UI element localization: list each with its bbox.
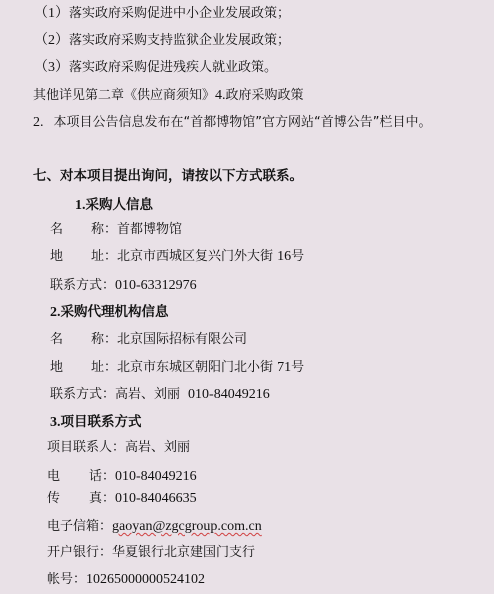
project-phone: 010-84049216 <box>115 469 197 484</box>
project-email-row: 电子信箱：gaoyan@zgcgroup.com.cn <box>47 519 262 535</box>
heading-text: 项目联系方式 <box>61 414 142 430</box>
field-label: 址： <box>91 360 117 376</box>
field-label: 帐号： <box>47 572 86 588</box>
section-7-title: 七、对本项目提出询问，请按以下方式联系。 <box>33 168 303 184</box>
policy-item-2: （2）落实政府采购支持监狱企业发展政策； <box>34 33 290 49</box>
address-suffix: 号 <box>291 360 304 375</box>
project-account: 10265000000524102 <box>86 572 205 587</box>
policy-item-marker: （1） <box>34 6 69 21</box>
project-fax: 010-84046635 <box>115 491 197 506</box>
policy-item-marker: （2） <box>34 33 69 48</box>
purchaser-heading: 1.采购人信息 <box>75 197 153 213</box>
note-prefix: 其他详见第二章《供应商须知》 <box>33 88 215 103</box>
field-label: 称： <box>91 332 117 348</box>
policy-item-text: 落实政府采购支持监狱企业发展政策； <box>69 33 290 48</box>
agency-address: 北京市东城区朝阳门北小街 <box>117 360 277 375</box>
purchaser-address: 北京市西城区复兴门外大街 <box>117 249 277 264</box>
project-contact-person: 高岩、刘丽 <box>125 440 190 455</box>
field-label: 话： <box>89 469 115 485</box>
field-label: 称： <box>91 222 117 238</box>
address-number: 71 <box>277 360 291 375</box>
project-contact-person-row: 项目联系人：高岩、刘丽 <box>47 440 190 456</box>
field-label: 项目联系人： <box>47 440 125 456</box>
heading-text: 采购代理机构信息 <box>61 304 169 320</box>
other-policy-note: 其他详见第二章《供应商须知》4.政府采购政策 <box>33 88 304 104</box>
purchaser-address-row: 地址：北京市西城区复兴门外大街 16号 <box>50 249 304 265</box>
heading-text: 采购人信息 <box>86 197 154 213</box>
project-bank: 华夏银行北京建国门支行 <box>112 545 255 560</box>
policy-item-text: 落实政府采购促进中小企业发展政策； <box>69 6 290 21</box>
field-label: 名 <box>50 332 91 348</box>
item-number: 2. <box>33 115 44 130</box>
field-label: 址： <box>91 249 117 265</box>
note-ref-num: 4. <box>215 88 226 103</box>
field-label: 联系方式： <box>50 278 115 294</box>
purchaser-phone: 010-63312976 <box>115 278 197 293</box>
agency-phone: 010-84049216 <box>188 387 270 402</box>
project-bank-row: 开户银行：华夏银行北京建国门支行 <box>47 545 255 561</box>
purchaser-name-row: 名称：首都博物馆 <box>50 222 182 238</box>
purchaser-name: 首都博物馆 <box>117 222 182 237</box>
field-label: 开户银行： <box>47 545 112 561</box>
project-fax-row: 传真：010-84046635 <box>47 491 197 507</box>
agency-heading: 2.采购代理机构信息 <box>50 304 169 320</box>
field-label: 联系方式： <box>50 387 115 403</box>
agency-address-row: 地址：北京市东城区朝阳门北小街 71号 <box>50 360 304 376</box>
announcement-text: 本项目公告信息发布在“首都博物馆”官方网站“首博公告”栏目中。 <box>54 115 432 130</box>
address-suffix: 号 <box>291 249 304 264</box>
agency-contact-row: 联系方式：高岩、刘丽010-84049216 <box>50 387 270 403</box>
address-number: 16 <box>277 249 291 264</box>
field-label: 真： <box>89 491 115 507</box>
purchaser-contact-row: 联系方式：010-63312976 <box>50 278 197 294</box>
agency-contact-names: 高岩、刘丽 <box>115 387 180 402</box>
agency-name: 北京国际招标有限公司 <box>117 332 247 347</box>
heading-number: 1. <box>75 198 86 213</box>
project-phone-row: 电话：010-84049216 <box>47 469 197 485</box>
note-suffix: 政府采购政策 <box>226 88 304 103</box>
agency-name-row: 名称：北京国际招标有限公司 <box>50 332 247 348</box>
project-account-row: 帐号：10265000000524102 <box>47 572 205 588</box>
field-label: 传 <box>47 491 89 507</box>
field-label: 地 <box>50 360 91 376</box>
project-contact-heading: 3.项目联系方式 <box>50 414 142 430</box>
announcement-note: 2.本项目公告信息发布在“首都博物馆”官方网站“首博公告”栏目中。 <box>33 115 431 131</box>
heading-number: 2. <box>50 305 61 320</box>
field-label: 电子信箱： <box>47 519 112 535</box>
policy-item-1: （1）落实政府采购促进中小企业发展政策； <box>34 6 290 22</box>
heading-number: 3. <box>50 415 61 430</box>
policy-item-marker: （3） <box>34 60 69 75</box>
project-email: gaoyan@zgcgroup.com.cn <box>112 519 262 534</box>
policy-item-text: 落实政府采购促进残疾人就业政策。 <box>69 60 277 75</box>
field-label: 名 <box>50 222 91 238</box>
field-label: 电 <box>47 469 89 485</box>
policy-item-3: （3）落实政府采购促进残疾人就业政策。 <box>34 60 277 76</box>
field-label: 地 <box>50 249 91 265</box>
